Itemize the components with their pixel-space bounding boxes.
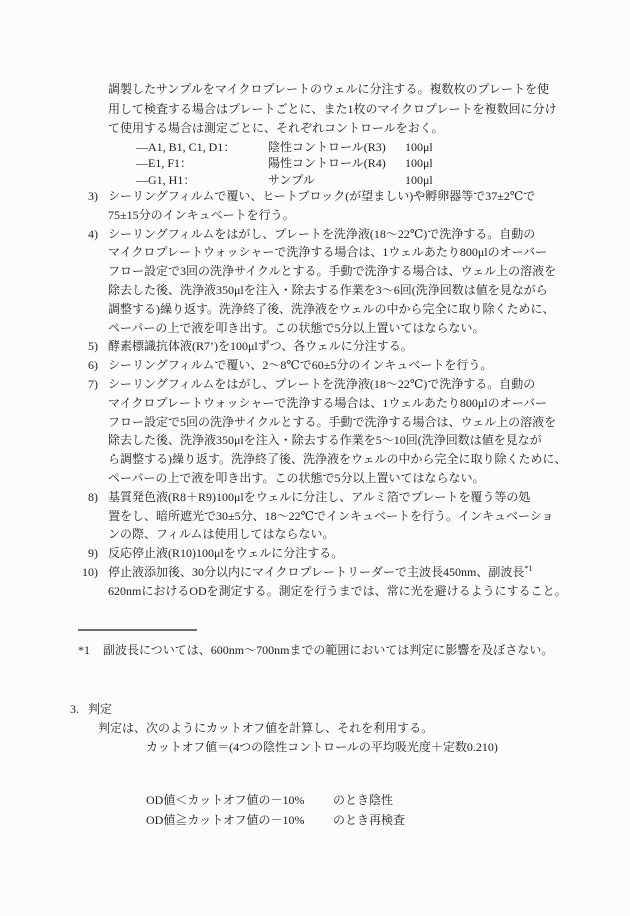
step-line: フロー設定で5回の洗浄サイクルとする。手動で洗浄する場合は、ウェル上の溶液を xyxy=(108,413,630,432)
well-assignment-row: —A1, B1, C1, D1：陰性コントロール(R3)100μl xyxy=(136,139,433,155)
well-ids: —G1, H1： xyxy=(136,172,268,188)
procedure-step: 8) 基質発色液(R8＋R9)100μlをウェルに分注し、アルミ箔でプレートを覆… xyxy=(0,488,630,544)
well-assignment-row: —E1, F1：陽性コントロール(R4)100μl xyxy=(136,155,433,171)
step-line: ペーパーの上で液を叩き出す。この状態で5分以上置いてはならない。 xyxy=(108,319,630,338)
document-page: 調製したサンプルをマイクロプレートのウェルに分注する。複数枚のプレートを使 用し… xyxy=(0,0,630,916)
step-text: シーリングフィルムで覆い、ヒートブロック(が望ましい)や孵卵器等で37±2℃で … xyxy=(108,187,630,225)
step-line: 調整する)繰り返す。洗浄終了後、洗浄液をウェルの中から完全に取り除くために、 xyxy=(108,300,630,319)
footnote-marker: *1 xyxy=(78,641,103,660)
step-line: 除去した後、洗浄液350μlを注入・除去する作業を3～6回(洗浄回数は値を見なが… xyxy=(108,281,630,300)
step-line: 基質発色液(R8＋R9)100μlをウェルに分注し、アルミ箔でプレートを覆う等の… xyxy=(108,488,630,507)
step-line: 反応停止液(R10)100μlをウェルに分注する。 xyxy=(108,544,630,563)
procedure-step: 7) シーリングフィルムをはがし、プレートを洗浄液(18～22℃)で洗浄する。自… xyxy=(0,375,630,488)
well-assignment-table: —A1, B1, C1, D1：陰性コントロール(R3)100μl —E1, F… xyxy=(136,139,433,188)
footnote-divider xyxy=(78,629,197,631)
step-number: 9) xyxy=(62,544,98,563)
dispense-volume: 100μl xyxy=(405,140,433,154)
reagent-name: サンプル xyxy=(268,172,405,188)
step-text: 酵素標識抗体液(R7’)を100μlずつ、各ウェルに分注する。 xyxy=(108,337,630,356)
procedure-step: 10) 停止液添加後、30分以内にマイクロプレートリーダーで主波長450nm、副… xyxy=(0,563,630,601)
paragraph-line: 用して検査する場合はプレートごとに、また1枚のマイクロプレートを複数回に分け xyxy=(108,100,557,120)
step-line: フロー設定で3回の洗浄サイクルとする。手動で洗浄する場合は、ウェル上の溶液を xyxy=(108,262,630,281)
judgement-section-heading: 3.判定 xyxy=(70,700,112,717)
step-number: 6) xyxy=(62,356,98,375)
step-number: 8) xyxy=(62,488,98,507)
step-text: 反応停止液(R10)100μlをウェルに分注する。 xyxy=(108,544,630,563)
criterion-row: OD値＜カットオフ値の－10%のとき陰性 xyxy=(146,790,405,810)
paragraph-line: て使用する場合は測定ごとに、それぞれコントロールをおく。 xyxy=(108,119,557,139)
step-line: 620nmにおけるODを測定する。測定を行うまでは、常に光を避けるようにすること… xyxy=(108,582,630,601)
reagent-name: 陽性コントロール(R4) xyxy=(268,155,405,171)
procedure-step: 6) シーリングフィルムで覆い、2～8℃で60±5分のインキュベートを行う。 xyxy=(0,356,630,375)
step-line: 除去した後、洗浄液350μlを注入・除去する作業を5～10回(洗浄回数は値を見な… xyxy=(108,431,630,450)
criterion-result: のとき再検査 xyxy=(333,813,405,827)
procedure-step: 3) シーリングフィルムで覆い、ヒートブロック(が望ましい)や孵卵器等で37±2… xyxy=(0,187,630,225)
step-line: ペーパーの上で液を叩き出す。この状態で5分以上置いてはならない。 xyxy=(108,469,630,488)
intro-paragraph: 調製したサンプルをマイクロプレートのウェルに分注する。複数枚のプレートを使 用し… xyxy=(108,80,557,139)
dispense-volume: 100μl xyxy=(405,156,433,170)
procedure-step-list: 3) シーリングフィルムで覆い、ヒートブロック(が望ましい)や孵卵器等で37±2… xyxy=(0,187,630,601)
procedure-step: 4) シーリングフィルムをはがし、プレートを洗浄液(18～22℃)で洗浄する。自… xyxy=(0,225,630,338)
step-line: ら調整する)繰り返す。洗浄終了後、洗浄液をウェルの中から完全に取り除くために、 xyxy=(108,450,630,469)
step-number: 5) xyxy=(62,337,98,356)
paragraph-line: 調製したサンプルをマイクロプレートのウェルに分注する。複数枚のプレートを使 xyxy=(108,80,557,100)
well-ids: —A1, B1, C1, D1： xyxy=(136,139,268,155)
step-line: 75±15分のインキュベートを行う。 xyxy=(108,206,630,225)
criterion-condition: OD値＜カットオフ値の－10% xyxy=(146,790,333,810)
step-number: 3) xyxy=(62,187,98,206)
footnote: *1副波長については、600nm～700nmまでの範囲においては判定に影響を及ぼ… xyxy=(78,641,553,660)
criterion-result: のとき陰性 xyxy=(333,793,393,807)
step-line: シーリングフィルムで覆い、2～8℃で60±5分のインキュベートを行う。 xyxy=(108,356,630,375)
judgement-criteria: OD値＜カットオフ値の－10%のとき陰性 OD値≧カットオフ値の－10%のとき再… xyxy=(146,790,405,831)
section-title: 判定 xyxy=(88,702,112,716)
judgement-intro: 判定は、次のようにカットオフ値を計算し、それを利用する。 xyxy=(98,719,433,736)
step-line: ンの際、フィルムは使用してはならない。 xyxy=(108,525,630,544)
step-line: シーリングフィルムをはがし、プレートを洗浄液(18～22℃)で洗浄する。自動の xyxy=(108,375,630,394)
step-line: マイクロプレートウォッシャーで洗浄する場合は、1ウェルあたり800μlのオーバー xyxy=(108,243,630,262)
procedure-step: 9) 反応停止液(R10)100μlをウェルに分注する。 xyxy=(0,544,630,563)
step-line: 置をし、暗所遮光で30±5分、18～22℃でインキュベートを行う。インキュベーシ… xyxy=(108,507,630,526)
step-text: 停止液添加後、30分以内にマイクロプレートリーダーで主波長450nm、副波長*1… xyxy=(108,563,630,601)
criterion-row: OD値≧カットオフ値の－10%のとき再検査 xyxy=(146,810,405,830)
step-text: 基質発色液(R8＋R9)100μlをウェルに分注し、アルミ箔でプレートを覆う等の… xyxy=(108,488,630,544)
well-assignment-row: —G1, H1：サンプル100μl xyxy=(136,172,433,188)
procedure-step: 5) 酵素標識抗体液(R7’)を100μlずつ、各ウェルに分注する。 xyxy=(0,337,630,356)
step-number: 7) xyxy=(62,375,98,394)
step-line: 酵素標識抗体液(R7’)を100μlずつ、各ウェルに分注する。 xyxy=(108,337,630,356)
step-text: シーリングフィルムをはがし、プレートを洗浄液(18～22℃)で洗浄する。自動の … xyxy=(108,225,630,338)
section-number: 3. xyxy=(70,702,88,717)
footnote-text: 副波長については、600nm～700nmまでの範囲においては判定に影響を及ぼさな… xyxy=(103,643,553,657)
reagent-name: 陰性コントロール(R3) xyxy=(268,139,405,155)
step-number: 4) xyxy=(62,225,98,244)
criterion-condition: OD値≧カットオフ値の－10% xyxy=(146,810,333,830)
step-text: シーリングフィルムで覆い、2～8℃で60±5分のインキュベートを行う。 xyxy=(108,356,630,375)
cutoff-formula: カットオフ値＝(4つの陰性コントロールの平均吸光度＋定数0.210) xyxy=(146,738,498,755)
step-number: 10) xyxy=(62,563,98,582)
step-line: シーリングフィルムをはがし、プレートを洗浄液(18～22℃)で洗浄する。自動の xyxy=(108,225,630,244)
step-line: マイクロプレートウォッシャーで洗浄する場合は、1ウェルあたり800μlのオーバー xyxy=(108,394,630,413)
footnote-reference: *1 xyxy=(524,564,532,573)
step-line: シーリングフィルムで覆い、ヒートブロック(が望ましい)や孵卵器等で37±2℃で xyxy=(108,187,630,206)
dispense-volume: 100μl xyxy=(405,173,433,187)
step-line: 停止液添加後、30分以内にマイクロプレートリーダーで主波長450nm、副波長*1 xyxy=(108,563,630,582)
well-ids: —E1, F1： xyxy=(136,155,268,171)
step-text: シーリングフィルムをはがし、プレートを洗浄液(18～22℃)で洗浄する。自動の … xyxy=(108,375,630,488)
